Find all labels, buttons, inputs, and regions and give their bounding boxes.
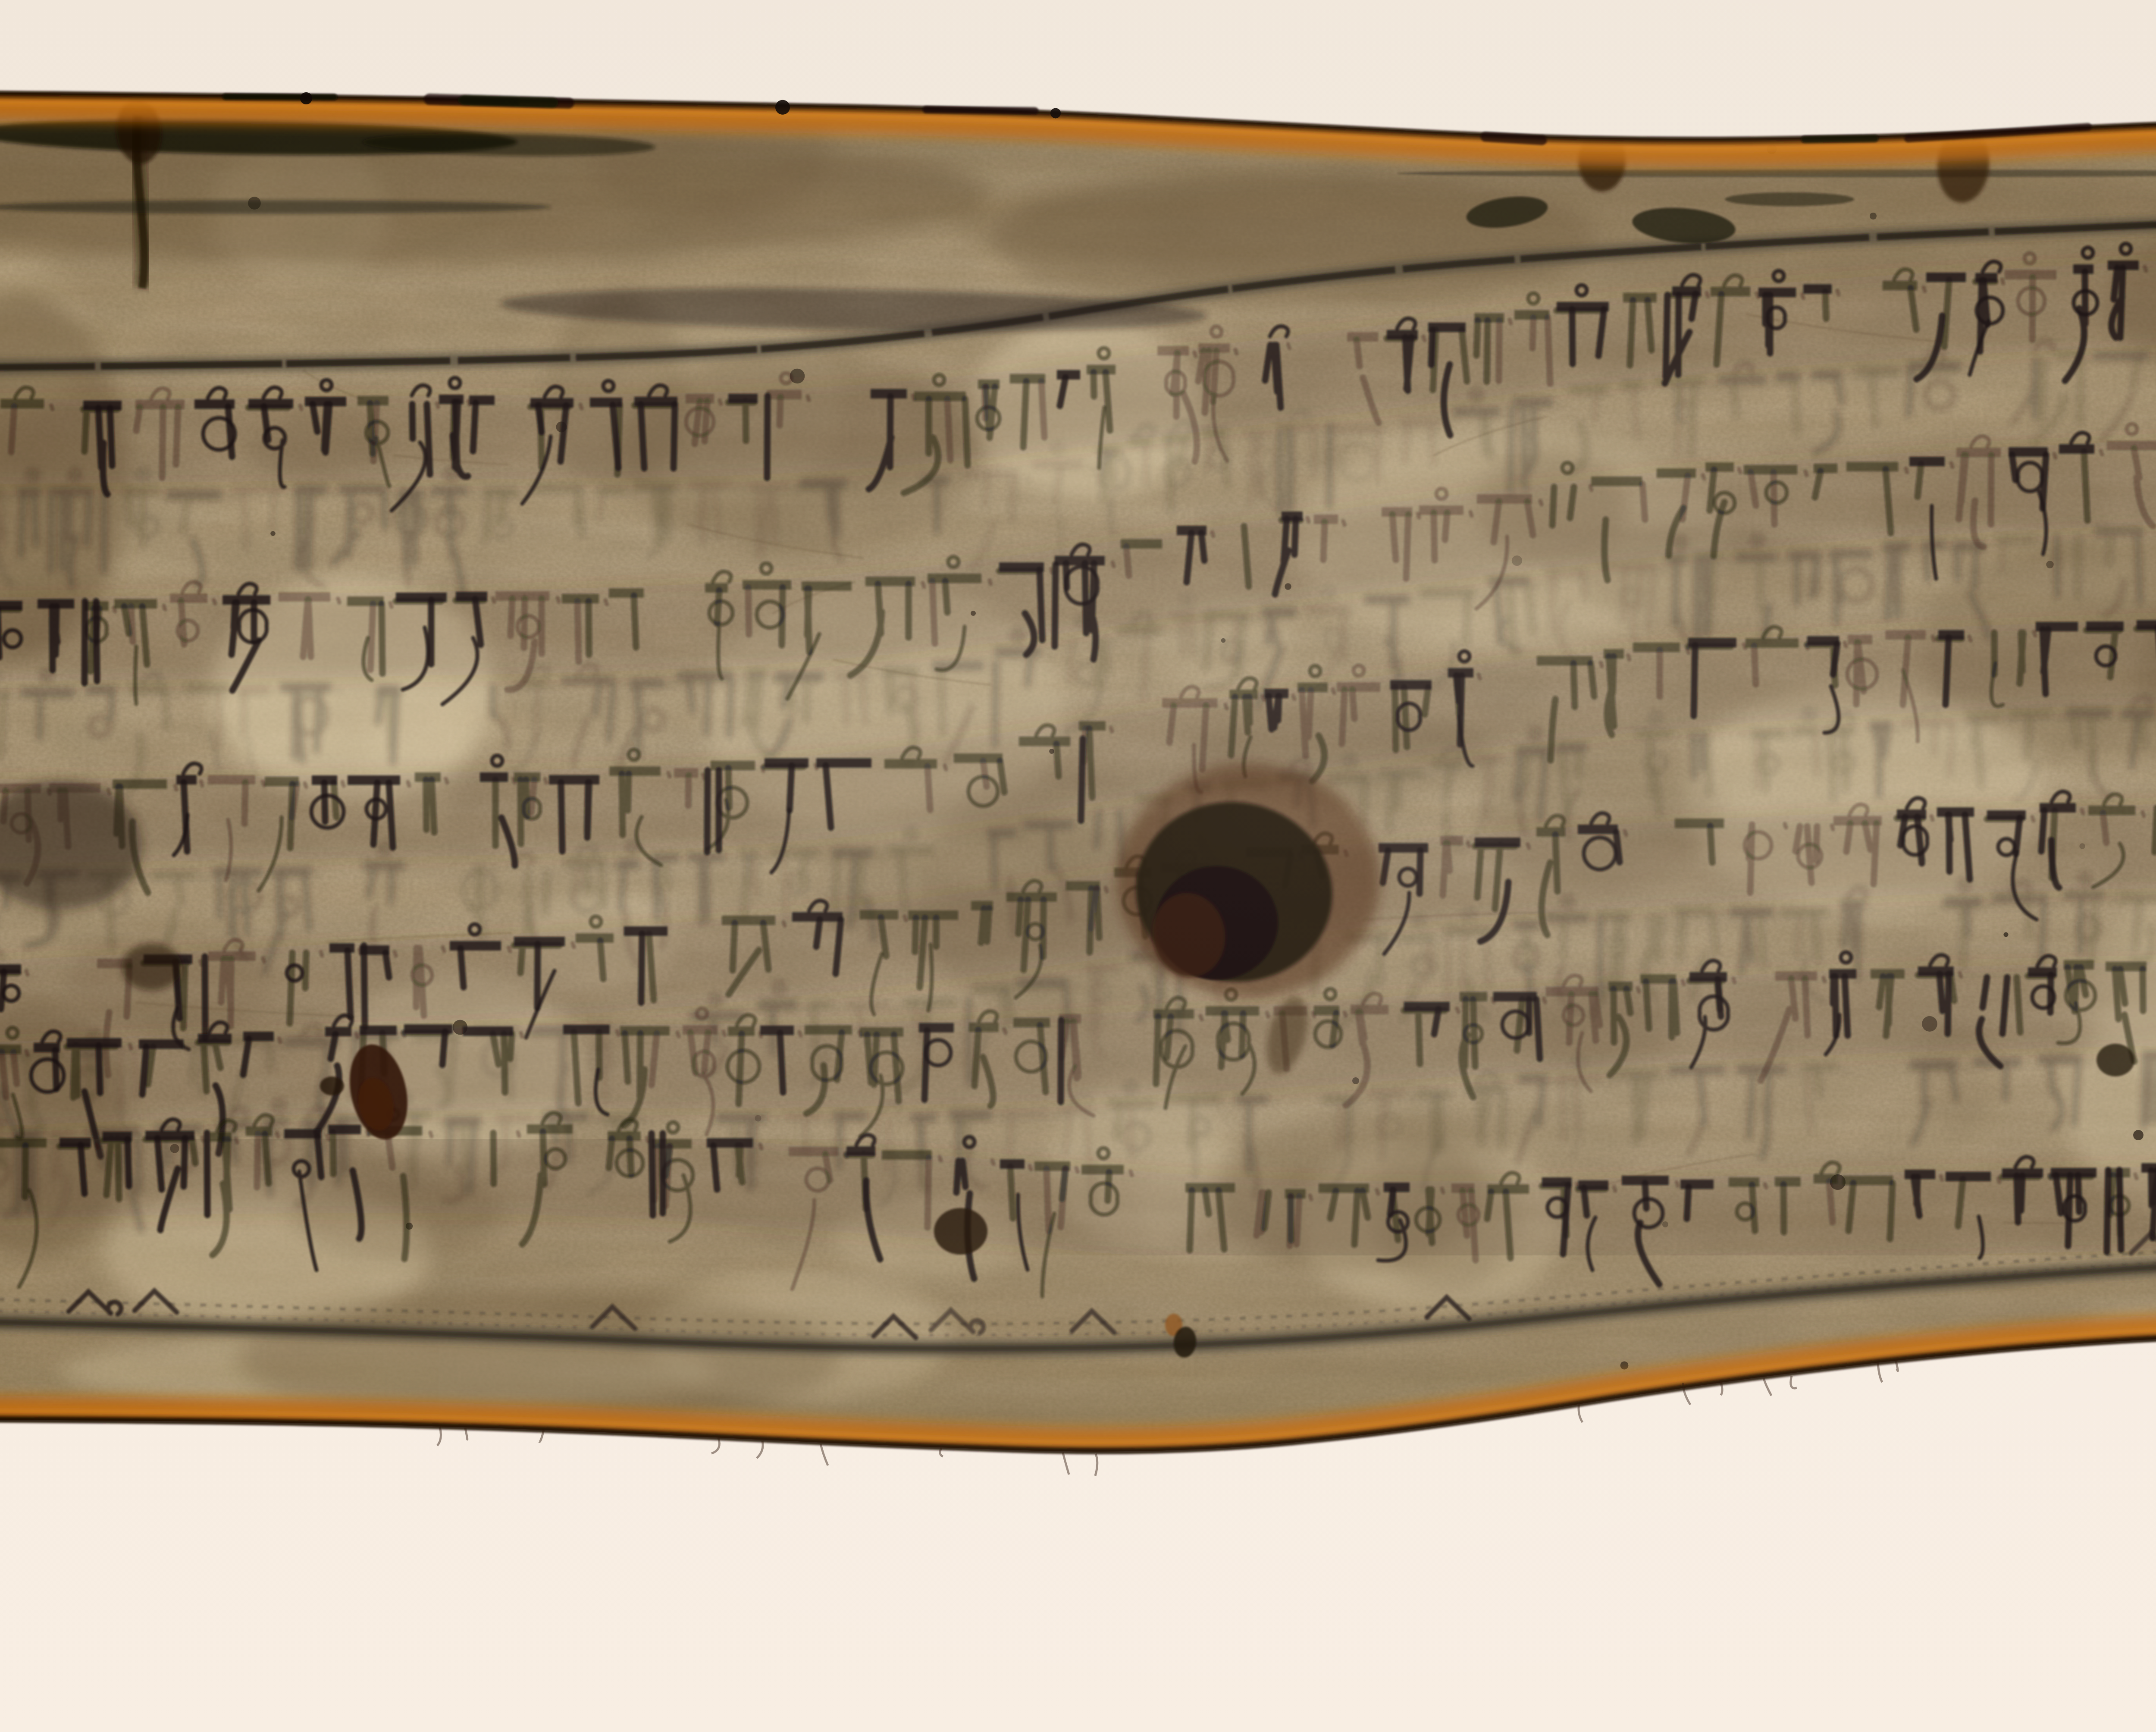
manuscript-leaf xyxy=(0,0,2156,1732)
manuscript-photo xyxy=(0,0,2156,1732)
lightbox-glow xyxy=(0,0,2156,1732)
